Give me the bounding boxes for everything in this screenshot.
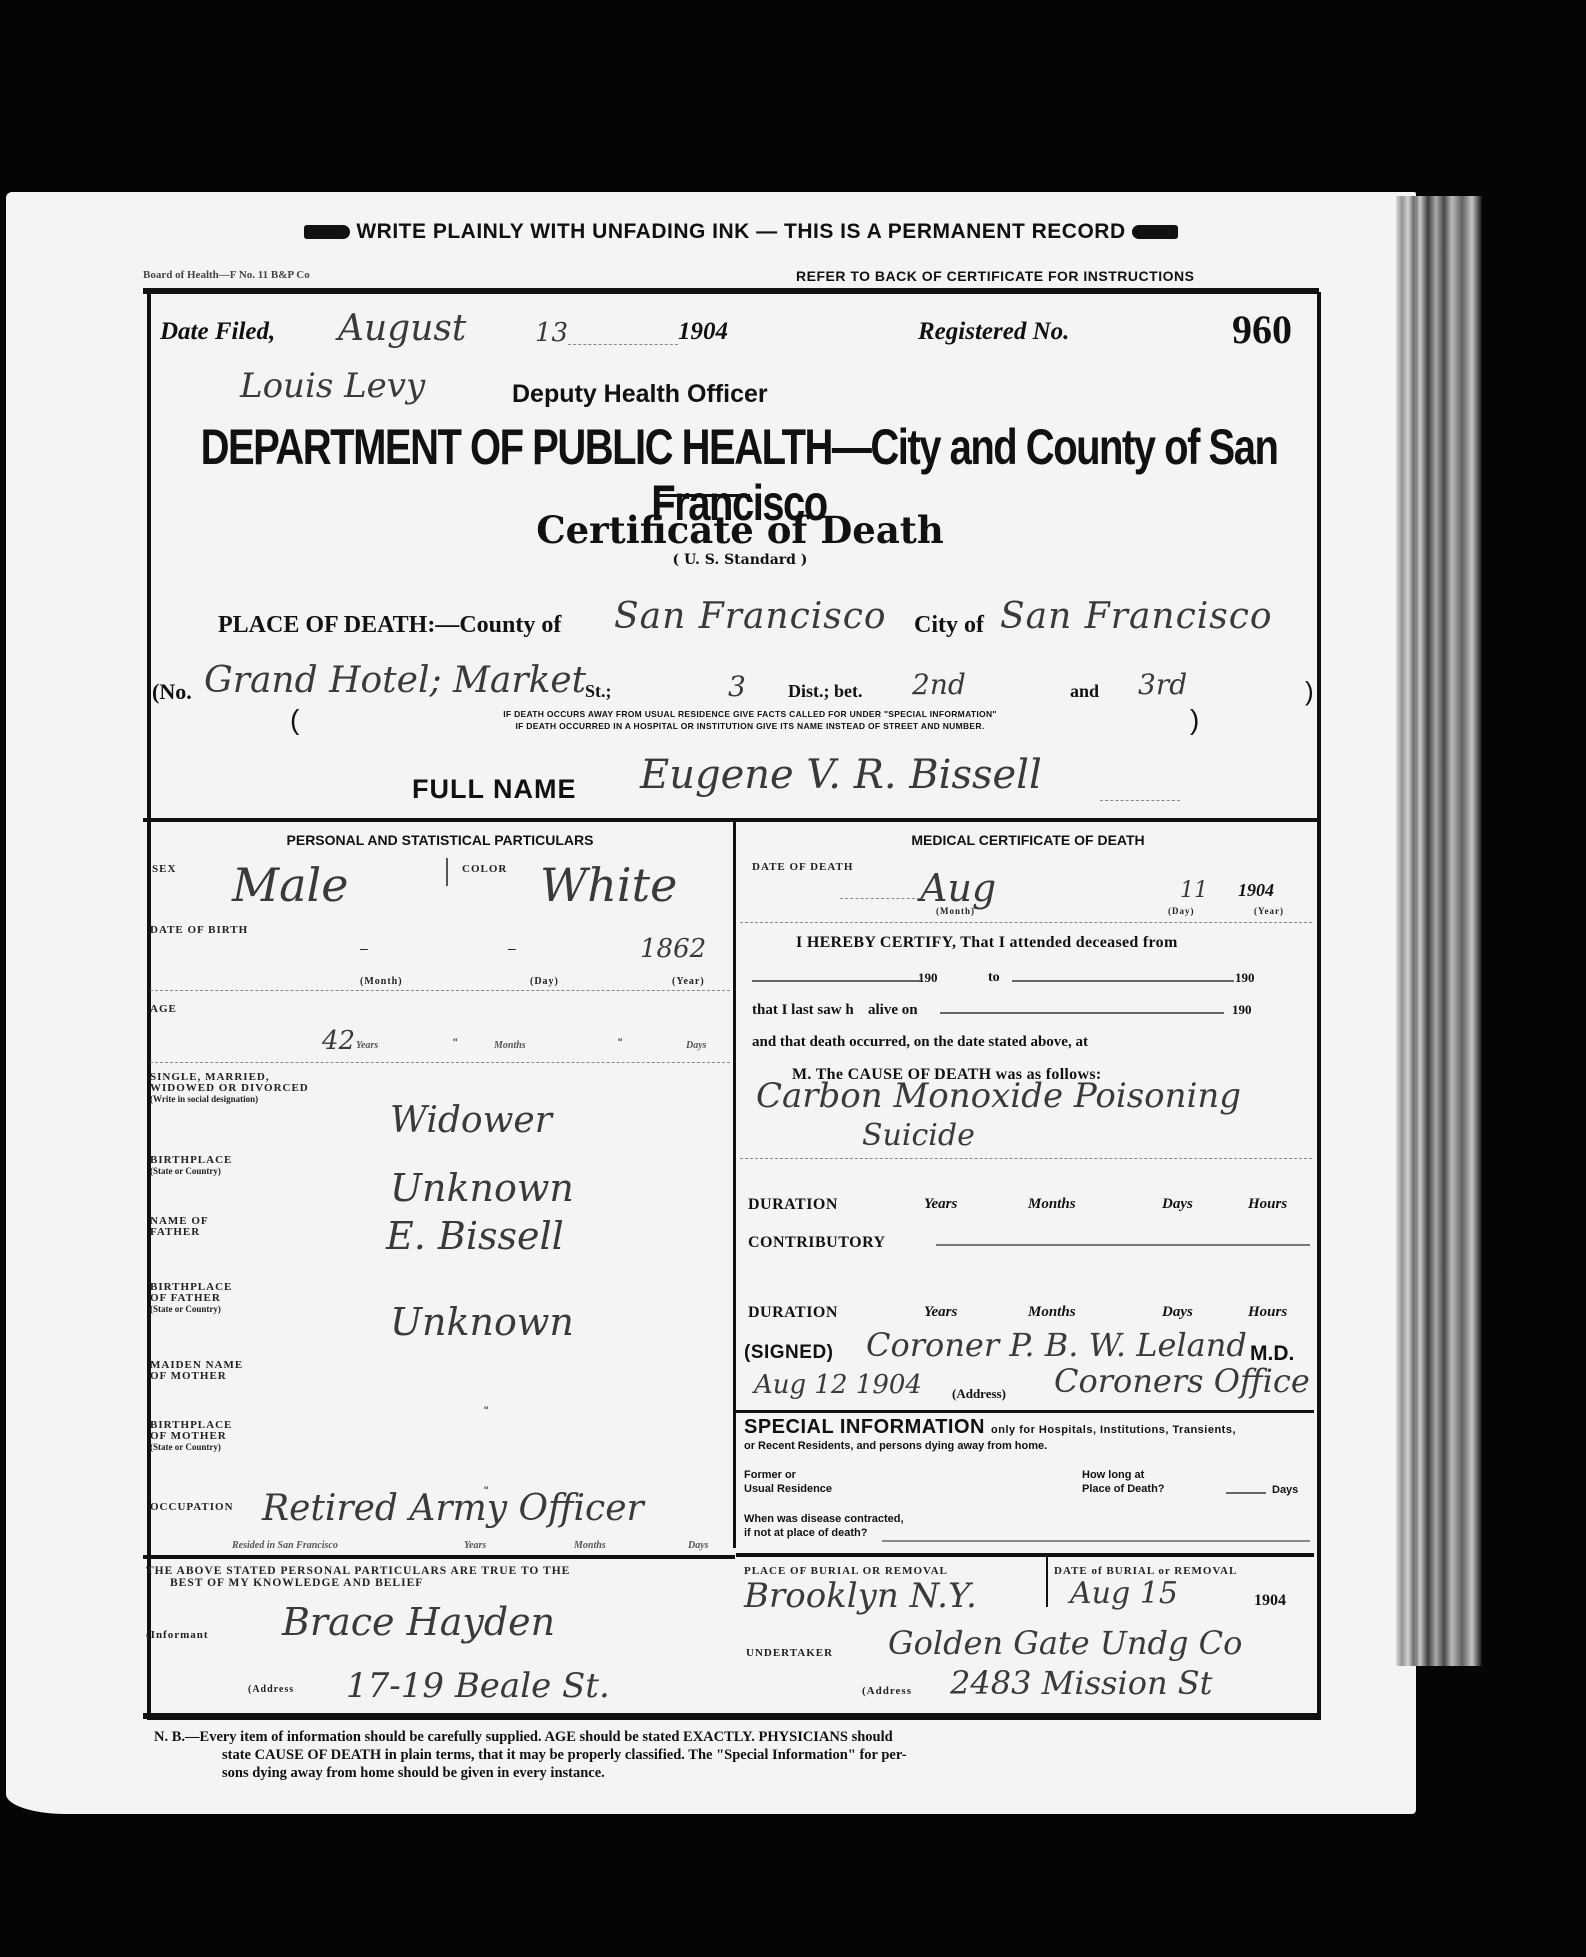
- district-value: 3: [728, 670, 746, 703]
- pointing-hand-icon: [304, 225, 350, 239]
- street-label: St.;: [585, 681, 612, 702]
- burial-year: 1904: [1254, 1592, 1286, 1610]
- county-value: San Francisco: [614, 596, 887, 637]
- special-heading-big: SPECIAL INFORMATION: [744, 1416, 985, 1438]
- signed-label: (SIGNED): [744, 1342, 834, 1364]
- dod-day-label: (Day): [1168, 906, 1195, 917]
- nb-line-2: state CAUSE OF DEATH in plain terms, tha…: [154, 1746, 1234, 1764]
- dob-month-label: (Month): [360, 976, 403, 987]
- special-rule: [736, 1410, 1314, 1413]
- date-filed-label: Date Filed,: [160, 318, 275, 346]
- dob-day-label: (Day): [530, 976, 559, 987]
- dob-year-label: (Year): [672, 976, 705, 987]
- age-years-label: Years: [356, 1040, 378, 1051]
- mother-label-line-2: OF MOTHER: [150, 1371, 243, 1382]
- city-value: San Francisco: [1000, 596, 1273, 637]
- stacked-page-edges: [1396, 196, 1482, 1666]
- registered-number: 960: [1232, 306, 1292, 353]
- age-line: [150, 1062, 730, 1063]
- age-months: ": [453, 1036, 457, 1050]
- birthplace-label: BIRTHPLACE (State or Country): [150, 1155, 232, 1177]
- father-birthplace-label: BIRTHPLACE OF FATHER (State or Country): [150, 1282, 232, 1315]
- age-days-label: Days: [686, 1040, 707, 1051]
- instructions-note: REFER TO BACK OF CERTIFICATE FOR INSTRUC…: [796, 268, 1194, 284]
- father-bp-line-2: OF FATHER: [150, 1293, 232, 1304]
- sex-label: SEX: [152, 864, 176, 875]
- place-of-death-label: PLACE OF DEATH:—County of: [218, 612, 561, 639]
- birthplace-value: Unknown: [390, 1166, 574, 1210]
- cause-line: [740, 1158, 1312, 1159]
- duration-label-2: DURATION: [748, 1304, 838, 1322]
- informant-statement-1: THE ABOVE STATED PERSONAL PARTICULARS AR…: [146, 1566, 570, 1577]
- signed-by: Coroner P. B. W. Leland: [866, 1326, 1247, 1364]
- marital-label: SINGLE, MARRIED, WIDOWED OR DIVORCED (Wr…: [150, 1072, 309, 1105]
- nb-note: N. B.—Every item of information should b…: [154, 1728, 1234, 1782]
- personal-heading: PERSONAL AND STATISTICAL PARTICULARS: [150, 832, 730, 848]
- date-filed-day: 13: [535, 318, 568, 348]
- attended-from-year: 190: [918, 970, 938, 986]
- full-name-label: FULL NAME: [412, 774, 577, 805]
- contracted-line-2: if not at place of death?: [744, 1526, 904, 1540]
- how-long-line: [1226, 1492, 1266, 1494]
- open-paren: (: [290, 704, 299, 736]
- how-long-days-label: Days: [1272, 1484, 1298, 1496]
- age-years: 42: [322, 1026, 355, 1056]
- resided-label: Resided in San Francisco: [232, 1540, 338, 1551]
- mother-birthplace-label: BIRTHPLACE OF MOTHER (State or Country): [150, 1420, 232, 1453]
- officer-title: Deputy Health Officer: [512, 380, 768, 409]
- dod-label: DATE OF DEATH: [752, 862, 853, 873]
- father-bp-line-3: (State or Country): [150, 1304, 232, 1315]
- contracted-line-1: When was disease contracted,: [744, 1512, 904, 1526]
- burial-divider: [1046, 1557, 1048, 1607]
- duration-hours: Hours: [1248, 1196, 1287, 1213]
- special-heading-small: only for Hospitals, Institutions, Transi…: [991, 1424, 1236, 1436]
- street-value: Grand Hotel; Market: [204, 660, 586, 701]
- dob-label: DATE OF BIRTH: [150, 925, 248, 936]
- dod-month-label: (Month): [936, 906, 975, 917]
- nb-line-1: N. B.—Every item of information should b…: [154, 1728, 1234, 1746]
- banner-text: WRITE PLAINLY WITH UNFADING INK — THIS I…: [356, 220, 1125, 243]
- duration-months: Months: [1028, 1196, 1076, 1213]
- duration-months-2: Months: [1028, 1304, 1076, 1321]
- last-saw-label: that I last saw h: [752, 1002, 854, 1019]
- pointing-hand-icon: [1132, 225, 1178, 239]
- occurred-label: and that death occurred, on the date sta…: [752, 1034, 1088, 1051]
- father-label-line-2: FATHER: [150, 1227, 209, 1238]
- occupation-value: Retired Army Officer: [262, 1488, 644, 1529]
- undertaker-address: 2483 Mission St: [950, 1664, 1213, 1702]
- dob-day: –: [508, 940, 516, 956]
- contributory-label: CONTRIBUTORY: [748, 1234, 886, 1252]
- informant-statement-2: BEST OF MY KNOWLEDGE AND BELIEF: [170, 1578, 423, 1589]
- dob-month: –: [360, 940, 368, 956]
- father-birthplace-value: Unknown: [390, 1300, 574, 1344]
- attended-to-line: [1012, 980, 1234, 982]
- contracted-line: [882, 1540, 1310, 1542]
- city-label: City of: [914, 612, 984, 639]
- occupation-label: OCCUPATION: [150, 1502, 234, 1513]
- color-label: COLOR: [462, 864, 507, 875]
- date-filed-line: [568, 344, 678, 345]
- medical-heading: MEDICAL CERTIFICATE OF DEATH: [738, 832, 1318, 848]
- certificate-title: Certificate of Death: [400, 508, 1080, 552]
- column-divider: [733, 822, 736, 1548]
- how-long-line-1: How long at: [1082, 1468, 1165, 1482]
- to-label: to: [988, 970, 1000, 986]
- medical-address: Coroners Office: [1054, 1362, 1310, 1400]
- resided-months-label: Months: [574, 1540, 606, 1551]
- dob-year: 1862: [640, 934, 706, 964]
- former-label-line-1: Former or: [744, 1468, 832, 1482]
- dod-month: Aug: [920, 866, 996, 910]
- medical-address-label: (Address): [952, 1386, 1006, 1402]
- box-bottom-rule: [143, 1713, 1319, 1719]
- marital-label-line-2: WIDOWED OR DIVORCED: [150, 1083, 309, 1094]
- sex-value: Male: [232, 858, 348, 912]
- burial-place: Brooklyn N.Y.: [744, 1576, 977, 1616]
- former-label-line-2: Usual Residence: [744, 1482, 832, 1496]
- mother-label: MAIDEN NAME OF MOTHER: [150, 1360, 243, 1382]
- dob-line: [150, 990, 730, 991]
- registered-label: Registered No.: [918, 318, 1069, 346]
- dod-line: [740, 922, 1312, 923]
- age-days: ": [618, 1036, 622, 1050]
- former-residence-label: Former or Usual Residence: [744, 1468, 832, 1496]
- informant-address: 17-19 Beale St.: [346, 1666, 610, 1706]
- street-no-label: (No.: [152, 679, 192, 705]
- mother-bp-line-2: OF MOTHER: [150, 1431, 232, 1442]
- signed-date: Aug 12 1904: [754, 1370, 922, 1400]
- father-value: E. Bissell: [386, 1214, 564, 1258]
- date-filed-year: 1904: [678, 318, 728, 346]
- informant-name: Brace Hayden: [282, 1600, 555, 1644]
- marital-value: Widower: [390, 1100, 552, 1141]
- district-label: Dist.; bet.: [788, 681, 863, 702]
- duration-hours-2: Hours: [1248, 1304, 1287, 1321]
- father-label: NAME OF FATHER: [150, 1216, 209, 1238]
- form-number: Board of Health—F No. 11 B&P Co: [143, 269, 310, 281]
- informant-rule: [143, 1555, 735, 1559]
- dod-year: 1904: [1238, 880, 1274, 901]
- alive-on-line: [940, 1012, 1224, 1014]
- between-street-1: 2nd: [912, 668, 966, 701]
- resided-days-label: Days: [688, 1540, 709, 1551]
- undertaker-address-label: (Address: [862, 1686, 912, 1697]
- dod-month-line: [840, 898, 920, 899]
- attended-from-line: [752, 980, 920, 982]
- certify-statement: I HEREBY CERTIFY, That I attended deceas…: [796, 934, 1178, 952]
- special-heading-small-2: or Recent Residents, and persons dying a…: [744, 1440, 1047, 1452]
- burial-date: Aug 15: [1070, 1576, 1178, 1611]
- and-label: and: [1070, 681, 1099, 702]
- close-paren: ): [1305, 676, 1314, 707]
- officer-signature: Louis Levy: [240, 366, 425, 406]
- birthplace-label-line-1: BIRTHPLACE: [150, 1155, 232, 1166]
- contracted-label: When was disease contracted, if not at p…: [744, 1512, 904, 1540]
- marital-label-line-3: (Write in social designation): [150, 1094, 309, 1105]
- mother-value: ": [484, 1404, 488, 1418]
- nb-line-3: sons dying away from home should be give…: [154, 1764, 1234, 1782]
- birthplace-label-line-2: (State or Country): [150, 1166, 232, 1177]
- color-value: White: [540, 858, 677, 912]
- duration-years-2: Years: [924, 1304, 957, 1321]
- cause-of-death-2: Suicide: [862, 1118, 975, 1153]
- close-paren: ): [1190, 704, 1199, 736]
- special-heading: SPECIAL INFORMATION only for Hospitals, …: [744, 1416, 1236, 1439]
- full-name-value: Eugene V. R. Bissell: [640, 752, 1042, 798]
- section-rule: [143, 818, 1319, 822]
- undertaker: Golden Gate Undg Co: [888, 1624, 1242, 1662]
- how-long-label: How long at Place of Death?: [1082, 1468, 1165, 1496]
- informant-label: (Informant: [146, 1630, 209, 1641]
- alive-on-label: alive on: [868, 1002, 918, 1019]
- between-street-2: 3rd: [1138, 668, 1187, 701]
- dod-day: 11: [1180, 878, 1208, 903]
- dod-year-label: (Year): [1254, 906, 1284, 917]
- informant-address-label: (Address: [248, 1684, 294, 1695]
- title-rule: [654, 494, 750, 497]
- age-label: AGE: [150, 1004, 177, 1015]
- full-name-line: [1100, 800, 1180, 801]
- residence-note: IF DEATH OCCURS AWAY FROM USUAL RESIDENC…: [310, 708, 1190, 732]
- banner: WRITE PLAINLY WITH UNFADING INK — THIS I…: [196, 220, 1286, 244]
- age-months-label: Months: [494, 1040, 526, 1051]
- attended-to-year: 190: [1235, 970, 1255, 986]
- residence-note-line-1: IF DEATH OCCURS AWAY FROM USUAL RESIDENC…: [310, 708, 1190, 720]
- resided-years-label: Years: [464, 1540, 486, 1551]
- sex-color-divider: [446, 858, 448, 886]
- how-long-line-2: Place of Death?: [1082, 1482, 1165, 1496]
- standard-subtitle: ( U. S. Standard ): [500, 552, 980, 568]
- cause-of-death-1: Carbon Monoxide Poisoning: [756, 1076, 1241, 1116]
- residence-note-line-2: IF DEATH OCCURRED IN A HOSPITAL OR INSTI…: [310, 720, 1190, 732]
- duration-days: Days: [1162, 1196, 1193, 1213]
- duration-label: DURATION: [748, 1196, 838, 1214]
- undertaker-label: UNDERTAKER: [746, 1648, 833, 1659]
- mother-bp-line-3: (State or Country): [150, 1442, 232, 1453]
- burial-rule: [736, 1553, 1314, 1557]
- date-filed-month: August: [338, 308, 466, 349]
- duration-days-2: Days: [1162, 1304, 1193, 1321]
- contributory-line: [936, 1244, 1310, 1246]
- alive-on-year: 190: [1232, 1002, 1252, 1018]
- duration-years: Years: [924, 1196, 957, 1213]
